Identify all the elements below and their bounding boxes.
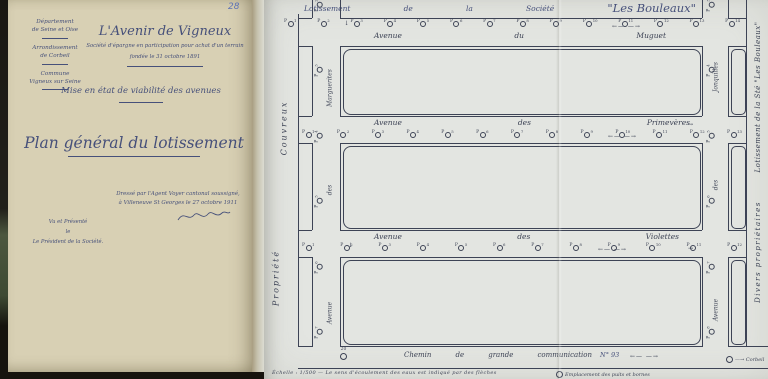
lot-marker: P7 (483, 20, 495, 27)
marker-circle-icon (535, 245, 541, 251)
avenue-marguerites-avenue: Avenue (327, 302, 334, 324)
avenue-primeveres-south-line (298, 143, 746, 144)
violettes-marker-row: P1P2P3P4P5P6P7P8P9P10P11P12 (302, 244, 742, 251)
lot-marker: P3 (378, 244, 390, 251)
lot-marker: P12 (690, 131, 705, 138)
marker-circle-icon (317, 133, 323, 139)
flow-arrow: ↓ (348, 242, 354, 249)
lot-marker: P1 (302, 244, 314, 251)
lot-marker: P3 (350, 20, 362, 27)
lot-marker: P6 (493, 244, 505, 251)
flow-arrow: ←— —→ (630, 353, 659, 360)
marker-circle-icon (317, 198, 323, 204)
marker-circle-icon (288, 21, 294, 27)
avenue-violettes-south-line (298, 257, 746, 258)
marker-circle-icon (410, 132, 416, 138)
lot-marker: P6 (708, 195, 715, 207)
header-word: la (466, 4, 473, 13)
chemin-word: de (456, 351, 465, 359)
lot-marker: P10 (646, 244, 661, 251)
marker-circle-icon (497, 245, 503, 251)
marker-circle-icon (382, 245, 388, 251)
lot-marker: P12 (654, 20, 669, 27)
lot-marker: P10 (583, 20, 598, 27)
lot-marker: P1 (302, 131, 314, 138)
subject-rule (119, 102, 163, 103)
book-binding-edge (0, 0, 8, 379)
chemin-word: grande (488, 351, 513, 359)
block-row1-main (343, 49, 701, 115)
lot-marker: P4 (406, 131, 418, 138)
east-neighbour-divers: Divers propriétaires (754, 201, 762, 303)
marker-circle-icon (729, 21, 735, 27)
chemin-well-marker: 20 (340, 347, 347, 360)
chemin-north-line (298, 346, 768, 347)
society-subtitle-1: Société d'épargne en participation pour … (78, 42, 252, 50)
marker-circle-icon (731, 245, 737, 251)
lot-marker: P8 (569, 244, 581, 251)
scale-note: Échelle : 1/500 — Le sens d'écoulement d… (272, 370, 497, 376)
block-row2-main (343, 146, 701, 229)
well-number: 20 (341, 347, 347, 352)
lot-marker: P13 (690, 20, 705, 27)
lot-marker: P4 (708, 65, 715, 77)
visa-line3: Le Président de la Société. (18, 238, 118, 248)
well-circle-icon (726, 356, 733, 363)
marker-circle-icon (693, 21, 699, 27)
chemin-word: communication (537, 351, 592, 359)
visa-block: Vu et Présenté le Le Président de la Soc… (18, 218, 118, 248)
marker-circle-icon (480, 132, 486, 138)
plan-page: Lotissement de la Société "Les Bouleaux" (264, 0, 768, 379)
signature-stroke (176, 206, 232, 226)
lot-marker: P3 (316, 65, 323, 77)
direction-label: Corbeil (746, 357, 765, 363)
flow-arrow: ←— —→ (612, 23, 641, 30)
marker-circle-icon (693, 132, 699, 138)
avenue-marguerites-des: des (327, 185, 334, 195)
avenue-word: Violettes (646, 232, 679, 241)
avenue-marguerites-west-line (312, 0, 313, 347)
lot-marker: P7 (316, 326, 323, 338)
lot-marker: P3 (708, 0, 715, 12)
marker-circle-icon (317, 68, 323, 74)
margin-rule (42, 64, 68, 65)
marker-circle-icon (657, 21, 663, 27)
avenue-marguerites-name: Marguerites (327, 69, 334, 107)
flow-arrow: → (688, 245, 694, 252)
avenue-word: Avenue (374, 118, 402, 127)
lot-marker: P13 (727, 131, 742, 138)
chemin-word: Chemin (404, 351, 431, 359)
avenue-word: Avenue (374, 31, 402, 40)
scanned-plan-photo: 28 Département de Seine et Oise Arrondis… (0, 0, 768, 379)
avenue-jonquilles-west-line (702, 0, 703, 347)
header-word: Lotissement (304, 4, 350, 13)
avenue-violettes-label: Avenue des Violettes (374, 232, 679, 241)
lot-marker: P5 (417, 20, 429, 27)
marker-circle-icon (375, 132, 381, 138)
marker-circle-icon (306, 132, 312, 138)
society-heading: L'Avenir de Vigneux Société d'épargne en… (78, 24, 252, 67)
page-gutter (252, 0, 264, 372)
muguet-marker-row: P1P2P3P4P5P6P7P8P9P10P11P12P13P14 (284, 20, 740, 27)
primeveres-marker-row: P1P2P3P4P5P6P7P8P9P10P11P12P13 (302, 131, 742, 138)
marker-circle-icon (317, 2, 323, 8)
lot-marker: P1 (284, 20, 296, 27)
marker-circle-icon (317, 264, 323, 270)
plan-header: Lotissement de la Société "Les Bouleaux" (304, 1, 696, 15)
marker-circle-icon (709, 133, 715, 139)
header-word: de (404, 4, 413, 13)
lot-marker: P3 (372, 131, 384, 138)
lot-marker: P6 (316, 261, 323, 273)
lot-marker: P4 (417, 244, 429, 251)
marker-circle-icon (656, 132, 662, 138)
avenue-word: Primevères (647, 118, 690, 127)
marker-circle-icon (458, 245, 464, 251)
marker-circle-icon (445, 132, 451, 138)
attestation-line1: Dressé par l'Agent Voyer cantonal soussi… (102, 190, 254, 199)
avenue-muguet-north-line (298, 18, 746, 19)
marker-circle-icon (514, 132, 520, 138)
avenue-word: des (518, 118, 531, 127)
marker-circle-icon (520, 21, 526, 27)
marker-circle-icon (709, 329, 715, 335)
avenue-muguet-label: Avenue du Muguet (374, 31, 666, 40)
society-title: L'Avenir de Vigneux (78, 24, 252, 39)
margin-rule (42, 38, 68, 39)
block-row1-east-strip (731, 49, 746, 115)
marker-circle-icon (709, 198, 715, 204)
avenue-primeveres-north-line (298, 116, 746, 117)
paper-fold-crease (556, 0, 562, 379)
east-boundary-line (746, 0, 747, 347)
marker-circle-icon (709, 264, 715, 270)
marguerites-marker-column: P2P3P4P5P6P7 (314, 2, 324, 336)
avenue-jonquilles-east-line (728, 0, 729, 347)
title-page: 28 Département de Seine et Oise Arrondis… (8, 0, 252, 372)
flow-arrow: ←— —→ (608, 133, 637, 140)
society-subtitle-2: fondée le 31 octobre 1891 (78, 53, 252, 61)
lot-marker: P11 (653, 131, 668, 138)
avenue-marguerites-east-line (340, 0, 341, 347)
lot-marker: P12 (727, 244, 742, 251)
lot-marker: P2 (337, 131, 349, 138)
folio-number: 28 (228, 2, 239, 12)
marker-circle-icon (709, 68, 715, 74)
east-neighbour-lotissement: Lotissement de la Sté "Les Bouleaux" (754, 22, 762, 173)
heading-rule (127, 66, 203, 67)
margin-entry-line1: Commune (12, 70, 98, 78)
page-title: Plan général du lotissement (22, 134, 246, 157)
flow-arrow: → (688, 121, 694, 128)
block-row2-east-strip (731, 146, 746, 229)
marker-circle-icon (306, 245, 312, 251)
marker-circle-icon (387, 21, 393, 27)
west-boundary-line (298, 14, 299, 347)
lot-marker: P5 (316, 195, 323, 207)
visa-line2: le (18, 228, 118, 238)
marker-circle-icon (487, 21, 493, 27)
marker-circle-icon (731, 132, 737, 138)
avenue-word: du (514, 31, 524, 40)
avenue-muguet-south-line (298, 46, 746, 47)
lot-marker: P7 (708, 261, 715, 273)
marker-circle-icon (549, 132, 555, 138)
direction-arrow: —→ (735, 357, 744, 363)
marker-circle-icon (586, 21, 592, 27)
lot-marker: P2 (316, 0, 323, 12)
marker-circle-icon (354, 21, 360, 27)
header-word: Société (526, 4, 554, 13)
wells-note-text: Emplacement des puits et bornes (565, 372, 650, 378)
jonquilles-marker-column: P3P4P5P6P7P8 (706, 2, 716, 336)
flow-arrow: ↓ (344, 20, 350, 27)
lot-marker: P5 (441, 131, 453, 138)
marker-circle-icon (420, 21, 426, 27)
avenue-word: Muguet (636, 31, 666, 40)
wells-note: Emplacement des puits et bornes (556, 371, 650, 378)
lot-marker: P6 (476, 131, 488, 138)
page-title-text: Plan général du lotissement (24, 134, 244, 152)
title-rule (68, 156, 200, 157)
well-circle-icon (340, 353, 347, 360)
marker-circle-icon (709, 2, 715, 8)
avenue-word: des (517, 232, 530, 241)
lot-marker: P7 (511, 131, 523, 138)
subject-line: Mise en état de viabilité des avenues (54, 86, 228, 103)
lot-marker: P14 (725, 20, 740, 27)
chemin-direction: —→ Corbeil (726, 356, 764, 363)
lot-marker: P7 (531, 244, 543, 251)
avenue-violettes-north-line (298, 230, 746, 231)
marker-circle-icon (649, 245, 655, 251)
chemin-number: N° 93 (600, 351, 619, 359)
lot-marker: P6 (450, 20, 462, 27)
marker-circle-icon (420, 245, 426, 251)
lot-marker: P4 (316, 130, 323, 142)
lot-marker: P5 (455, 244, 467, 251)
avenue-primeveres-label: Avenue des Primevères (374, 118, 690, 127)
chemin-label: Chemindegrandecommunication (404, 351, 592, 359)
lotissement-name: "Les Bouleaux" (607, 1, 696, 15)
flow-arrow: ←— —→ (598, 246, 627, 253)
chemin-south-line (298, 368, 768, 369)
marker-circle-icon (573, 245, 579, 251)
avenue-word: Avenue (374, 232, 402, 241)
marker-circle-icon (584, 132, 590, 138)
block-row3-east-strip (731, 260, 746, 345)
lot-marker: P8 (516, 20, 528, 27)
marker-circle-icon (340, 132, 346, 138)
block-row3-main (343, 260, 701, 345)
lot-marker: P8 (708, 326, 715, 338)
lot-marker: P4 (384, 20, 396, 27)
lot-marker: P5 (708, 130, 715, 142)
marker-circle-icon (317, 329, 323, 335)
marker-circle-icon (453, 21, 459, 27)
lot-marker: P9 (581, 131, 593, 138)
west-owner-couvreux: Couvreux (280, 101, 289, 156)
subject-text: Mise en état de viabilité des avenues (61, 86, 221, 96)
west-owner-propriete: Propriété (272, 250, 281, 306)
visa-line1: Vu et Présenté (18, 218, 118, 228)
